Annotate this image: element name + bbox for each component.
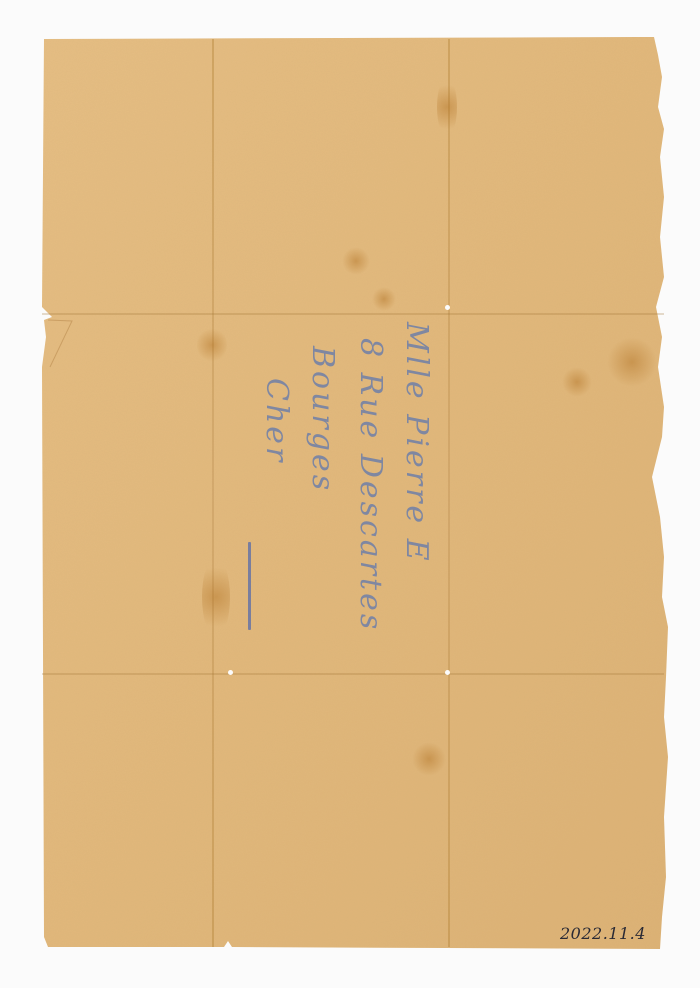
address-line-street: 8 Rue Descartes [353,338,388,632]
underline-stroke [248,542,251,630]
fold-hole [445,670,450,675]
address-line-department: Cher [259,378,294,464]
fold-hole [445,305,450,310]
address-line-city: Bourges [305,346,340,493]
catalog-number: 2022.11.4 [560,924,646,943]
address-line-recipient: Mlle Pierre E [399,322,434,564]
fold-hole [228,670,233,675]
